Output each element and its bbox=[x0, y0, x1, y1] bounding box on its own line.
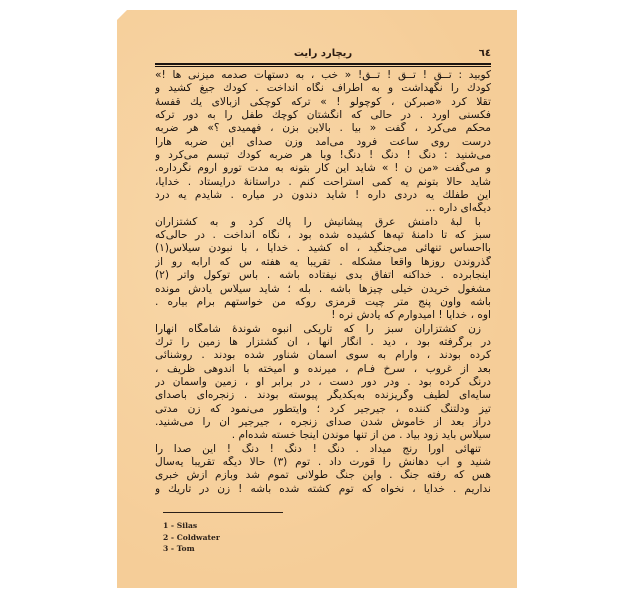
header-rule-thin bbox=[155, 66, 491, 67]
text-line: درست روی ساعت فرود می‌آمد وزن صدای این ض… bbox=[155, 136, 491, 149]
text-line: بعد از غروب ، سرخ فـام ، میرنده و آمیخته… bbox=[155, 363, 491, 376]
text-line: زن کشتزاران سبز را که تاریکی انبوه شونده… bbox=[155, 323, 491, 336]
text-line: باشه واون پنج متر چیت قرمزی روکه من خواس… bbox=[155, 296, 491, 309]
text-line: کرده بودند ، وآرام به سوی آسمان شناور شد… bbox=[155, 349, 491, 362]
text-line: با لبهٔ دامنش عرق پیشانیش را پاك کرد و ب… bbox=[155, 216, 491, 229]
text-line: کودك را نگهداشت و به اطراف نگاه انداخت .… bbox=[155, 82, 491, 95]
text-line: گذروندن روزها واقعاً مشکله . تقریباً یه … bbox=[155, 256, 491, 269]
text-line: در برگرفته بود ، دید . انگار آنها ، آن ک… bbox=[155, 336, 491, 349]
text-line: تنهائی اورا رنج میداد . دنگ ! دنگ ! دنگ … bbox=[155, 443, 491, 456]
text-line: محکم می‌کرد ، گفت « بیا . بالاین بزن ، ف… bbox=[155, 122, 491, 135]
text-line: و می‌گفت «من ن ! » شاید این کار بتونه به… bbox=[155, 162, 491, 175]
running-title: ریچارد رایت bbox=[155, 48, 491, 59]
text-line: نداریم . خدایا ، نخواه که توم کشته شده ب… bbox=[155, 483, 491, 496]
text-line: دراز بعد از خاموش شدن صدای زنجره ، جیرجی… bbox=[155, 416, 491, 429]
text-line: درنگ کرده بود . ودر دور دست ، در برابر ا… bbox=[155, 376, 491, 389]
footnote-item: 1 - Silas bbox=[163, 520, 220, 532]
text-line: اوه ، خدایا ! امیدوارم که یادش نره ! bbox=[155, 309, 491, 322]
text-line: شاید حالا بتونم یه کمی استراحت کنم . درآ… bbox=[155, 176, 491, 189]
text-line: سیلاس باید زود بیاد . من از تنها موندن ا… bbox=[155, 429, 491, 442]
footnotes: 1 - Silas 2 - Coldwater 3 - Tom bbox=[163, 520, 220, 555]
text-line: سبز که تا دامنهٔ تپه‌ها کشیده شده بود ، … bbox=[155, 229, 491, 242]
footnote-item: 3 - Tom bbox=[163, 543, 220, 555]
text-line: هس که رفته جنگ . واین جنگ طولانی تموم شد… bbox=[155, 469, 491, 482]
page-header: ٦٤ ریچارد رایت bbox=[155, 46, 491, 60]
text-line: این طفلك یه دردی داره ! شاید دندون در می… bbox=[155, 189, 491, 202]
text-line: تقلا کرد «صبرکن ، کوچولو ! » ترکه کوچکی … bbox=[155, 96, 491, 109]
text-line: فکسنی آورد . در حالی که انگشتان کوچك طفل… bbox=[155, 109, 491, 122]
text-line: مشغول خریدن خیلی چیزها باشه . بله ؛ شاید… bbox=[155, 283, 491, 296]
text-line: کوبید : تــق ! تــق ! تــق! « خب ، به دس… bbox=[155, 69, 491, 82]
text-line: بااحساس تنهائی می‌جنگید ، آه کشید . خدای… bbox=[155, 242, 491, 255]
text-line: اینجابرده . خداکنه اتفاق بدی نیفتاده باش… bbox=[155, 269, 491, 282]
footnote-rule bbox=[163, 512, 283, 513]
text-line: دیگه‌ای داره ... bbox=[155, 202, 491, 215]
text-line: شنید و آب دهانش را قورت داد . توم (۳) حا… bbox=[155, 456, 491, 469]
header-rule-thick bbox=[155, 63, 491, 65]
text-line: تیز ودلتنگ کننده ، جیرجیر کرد ؛ وایتطور … bbox=[155, 403, 491, 416]
body-text: کوبید : تــق ! تــق ! تــق! « خب ، به دس… bbox=[155, 69, 491, 496]
text-line: سایه‌ای لطیف وگریزنده به‌یکدیگر پیوسته ب… bbox=[155, 389, 491, 402]
text-line: می‌شنید : دنگ ! دنگ ! دنگ! وبا هر ضربه ک… bbox=[155, 149, 491, 162]
footnote-item: 2 - Coldwater bbox=[163, 532, 220, 544]
